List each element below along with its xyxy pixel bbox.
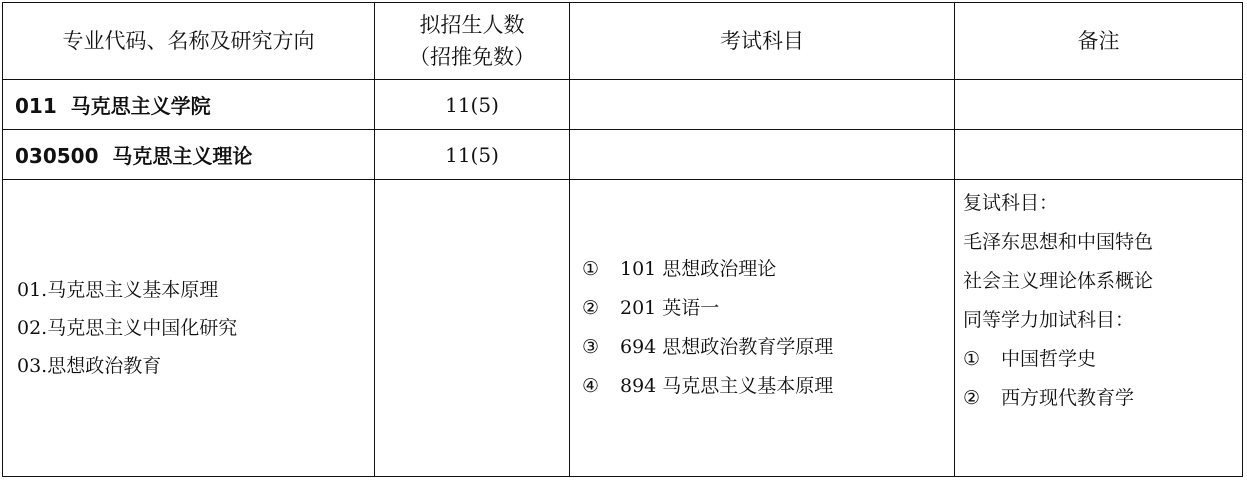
exam-subjects: ①101 思想政治理论 ②201 英语一 ③694 思想政治教育学原理 ④894… <box>570 180 955 477</box>
admissions-table: 专业代码、名称及研究方向 拟招生人数 （招推免数） 考试科目 备注 011 马克… <box>2 2 1243 477</box>
header-row: 专业代码、名称及研究方向 拟招生人数 （招推免数） 考试科目 备注 <box>3 3 1243 80</box>
direction-item: 02.马克思主义中国化研究 <box>17 309 374 347</box>
direction-item: 03.思想政治教育 <box>17 347 374 385</box>
research-directions: 01.马克思主义基本原理 02.马克思主义中国化研究 03.思想政治教育 <box>3 180 375 477</box>
direction-item: 01.马克思主义基本原理 <box>17 271 374 309</box>
major-exams <box>570 130 955 180</box>
retest-line: 毛泽东思想和中国特色 <box>963 223 1242 262</box>
header-notes: 备注 <box>955 3 1243 80</box>
major-notes <box>955 130 1243 180</box>
retest-label: 复试科目： <box>963 184 1242 223</box>
extra-item: ①中国哲学史 <box>963 340 1242 379</box>
detail-quota <box>375 180 570 477</box>
table-row: 01.马克思主义基本原理 02.马克思主义中国化研究 03.思想政治教育 ①10… <box>3 180 1243 477</box>
school-quota: 11(5) <box>375 80 570 130</box>
notes-cell: 复试科目： 毛泽东思想和中国特色 社会主义理论体系概论 同等学力加试科目： ①中… <box>955 180 1243 477</box>
school-exams <box>570 80 955 130</box>
exam-item: ③694 思想政治教育学原理 <box>582 328 954 367</box>
extra-item: ②西方现代教育学 <box>963 379 1242 418</box>
table-row: 011 马克思主义学院 11(5) <box>3 80 1243 130</box>
retest-line: 社会主义理论体系概论 <box>963 262 1242 301</box>
header-major: 专业代码、名称及研究方向 <box>3 3 375 80</box>
exam-item: ④894 马克思主义基本原理 <box>582 367 954 406</box>
header-exams: 考试科目 <box>570 3 955 80</box>
major-quota: 11(5) <box>375 130 570 180</box>
major-name: 030500 马克思主义理论 <box>3 130 375 180</box>
exam-item: ①101 思想政治理论 <box>582 250 954 289</box>
table-row: 030500 马克思主义理论 11(5) <box>3 130 1243 180</box>
extra-label: 同等学力加试科目： <box>963 301 1242 340</box>
header-quota: 拟招生人数 （招推免数） <box>375 3 570 80</box>
school-name: 011 马克思主义学院 <box>3 80 375 130</box>
exam-item: ②201 英语一 <box>582 289 954 328</box>
school-notes <box>955 80 1243 130</box>
